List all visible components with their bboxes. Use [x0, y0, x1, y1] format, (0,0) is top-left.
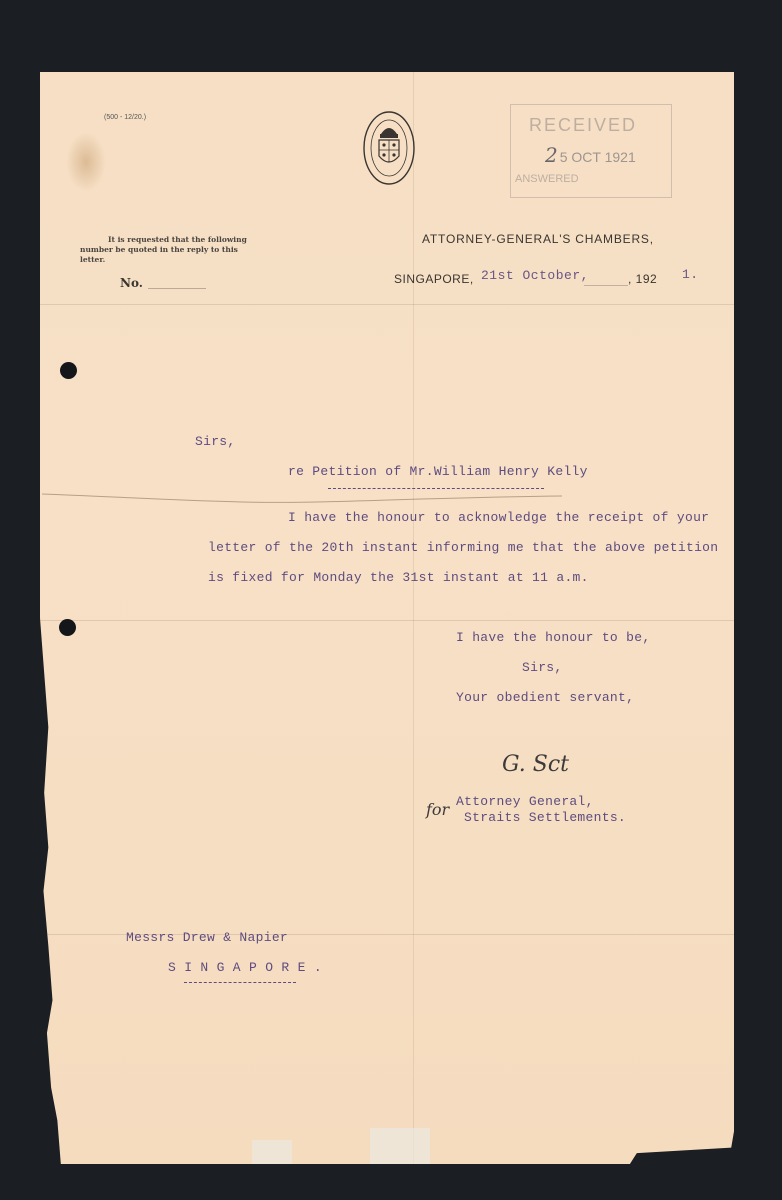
signature: G. Sct: [502, 752, 569, 777]
letter-page: (500 - 12/20.) RECEIVED 25 OCT 1921 ANSW…: [40, 72, 734, 1164]
office-heading: ATTORNEY-GENERAL'S CHAMBERS,: [422, 232, 654, 246]
signatory-title: Attorney General,: [456, 794, 594, 809]
stain-mark: [66, 132, 106, 192]
addressee-city-underline: [184, 982, 296, 983]
attorney-general-crest-icon: [362, 110, 416, 186]
subject-underline: [328, 488, 544, 489]
stamp-title: RECEIVED: [529, 115, 637, 136]
tape-piece: [252, 1140, 292, 1164]
closing-line-3: Your obedient servant,: [456, 690, 634, 705]
salutation: Sirs,: [195, 434, 236, 449]
addressee-name: Messrs Drew & Napier: [126, 930, 288, 945]
paper-tear: [42, 492, 562, 504]
fold-line: [40, 620, 734, 621]
signatory-org: Straits Settlements.: [464, 810, 626, 825]
reference-request-note: It is requested that the following numbe…: [80, 235, 260, 265]
closing-line-1: I have the honour to be,: [456, 630, 650, 645]
stamp-day-handwritten: 2: [545, 143, 558, 167]
year-prefix: , 192: [628, 272, 657, 286]
year-typed: 1.: [682, 267, 699, 282]
punch-hole: [60, 362, 77, 379]
tape-piece: [370, 1128, 430, 1164]
reference-number-line: [148, 288, 206, 289]
addressee-city: S I N G A P O R E .: [168, 960, 322, 975]
dateline: SINGAPORE, 21st October, , 192 1.: [394, 272, 704, 286]
stamp-answered: ANSWERED: [515, 173, 579, 185]
body-line-2: letter of the 20th instant informing me …: [208, 540, 718, 555]
fold-line-vertical: [413, 72, 414, 1164]
punch-hole: [59, 619, 76, 636]
for-handwritten: for: [426, 800, 449, 819]
fold-line: [40, 304, 734, 305]
place-label: SINGAPORE,: [394, 272, 474, 286]
stamp-date-text: 5 OCT 1921: [560, 149, 636, 165]
reference-number-label: No.: [120, 276, 143, 290]
body-line-3: is fixed for Monday the 31st instant at …: [208, 570, 589, 585]
closing-line-2: Sirs,: [522, 660, 563, 675]
stamp-date: 25 OCT 1921: [545, 143, 636, 167]
letter-date: 21st October,: [481, 268, 589, 283]
date-blank-line: [584, 285, 628, 286]
body-line-1: I have the honour to acknowledge the rec…: [288, 510, 709, 525]
form-number: (500 - 12/20.): [104, 114, 146, 121]
subject-line: re Petition of Mr.William Henry Kelly: [288, 464, 588, 479]
received-stamp: RECEIVED 25 OCT 1921 ANSWERED: [510, 104, 672, 198]
